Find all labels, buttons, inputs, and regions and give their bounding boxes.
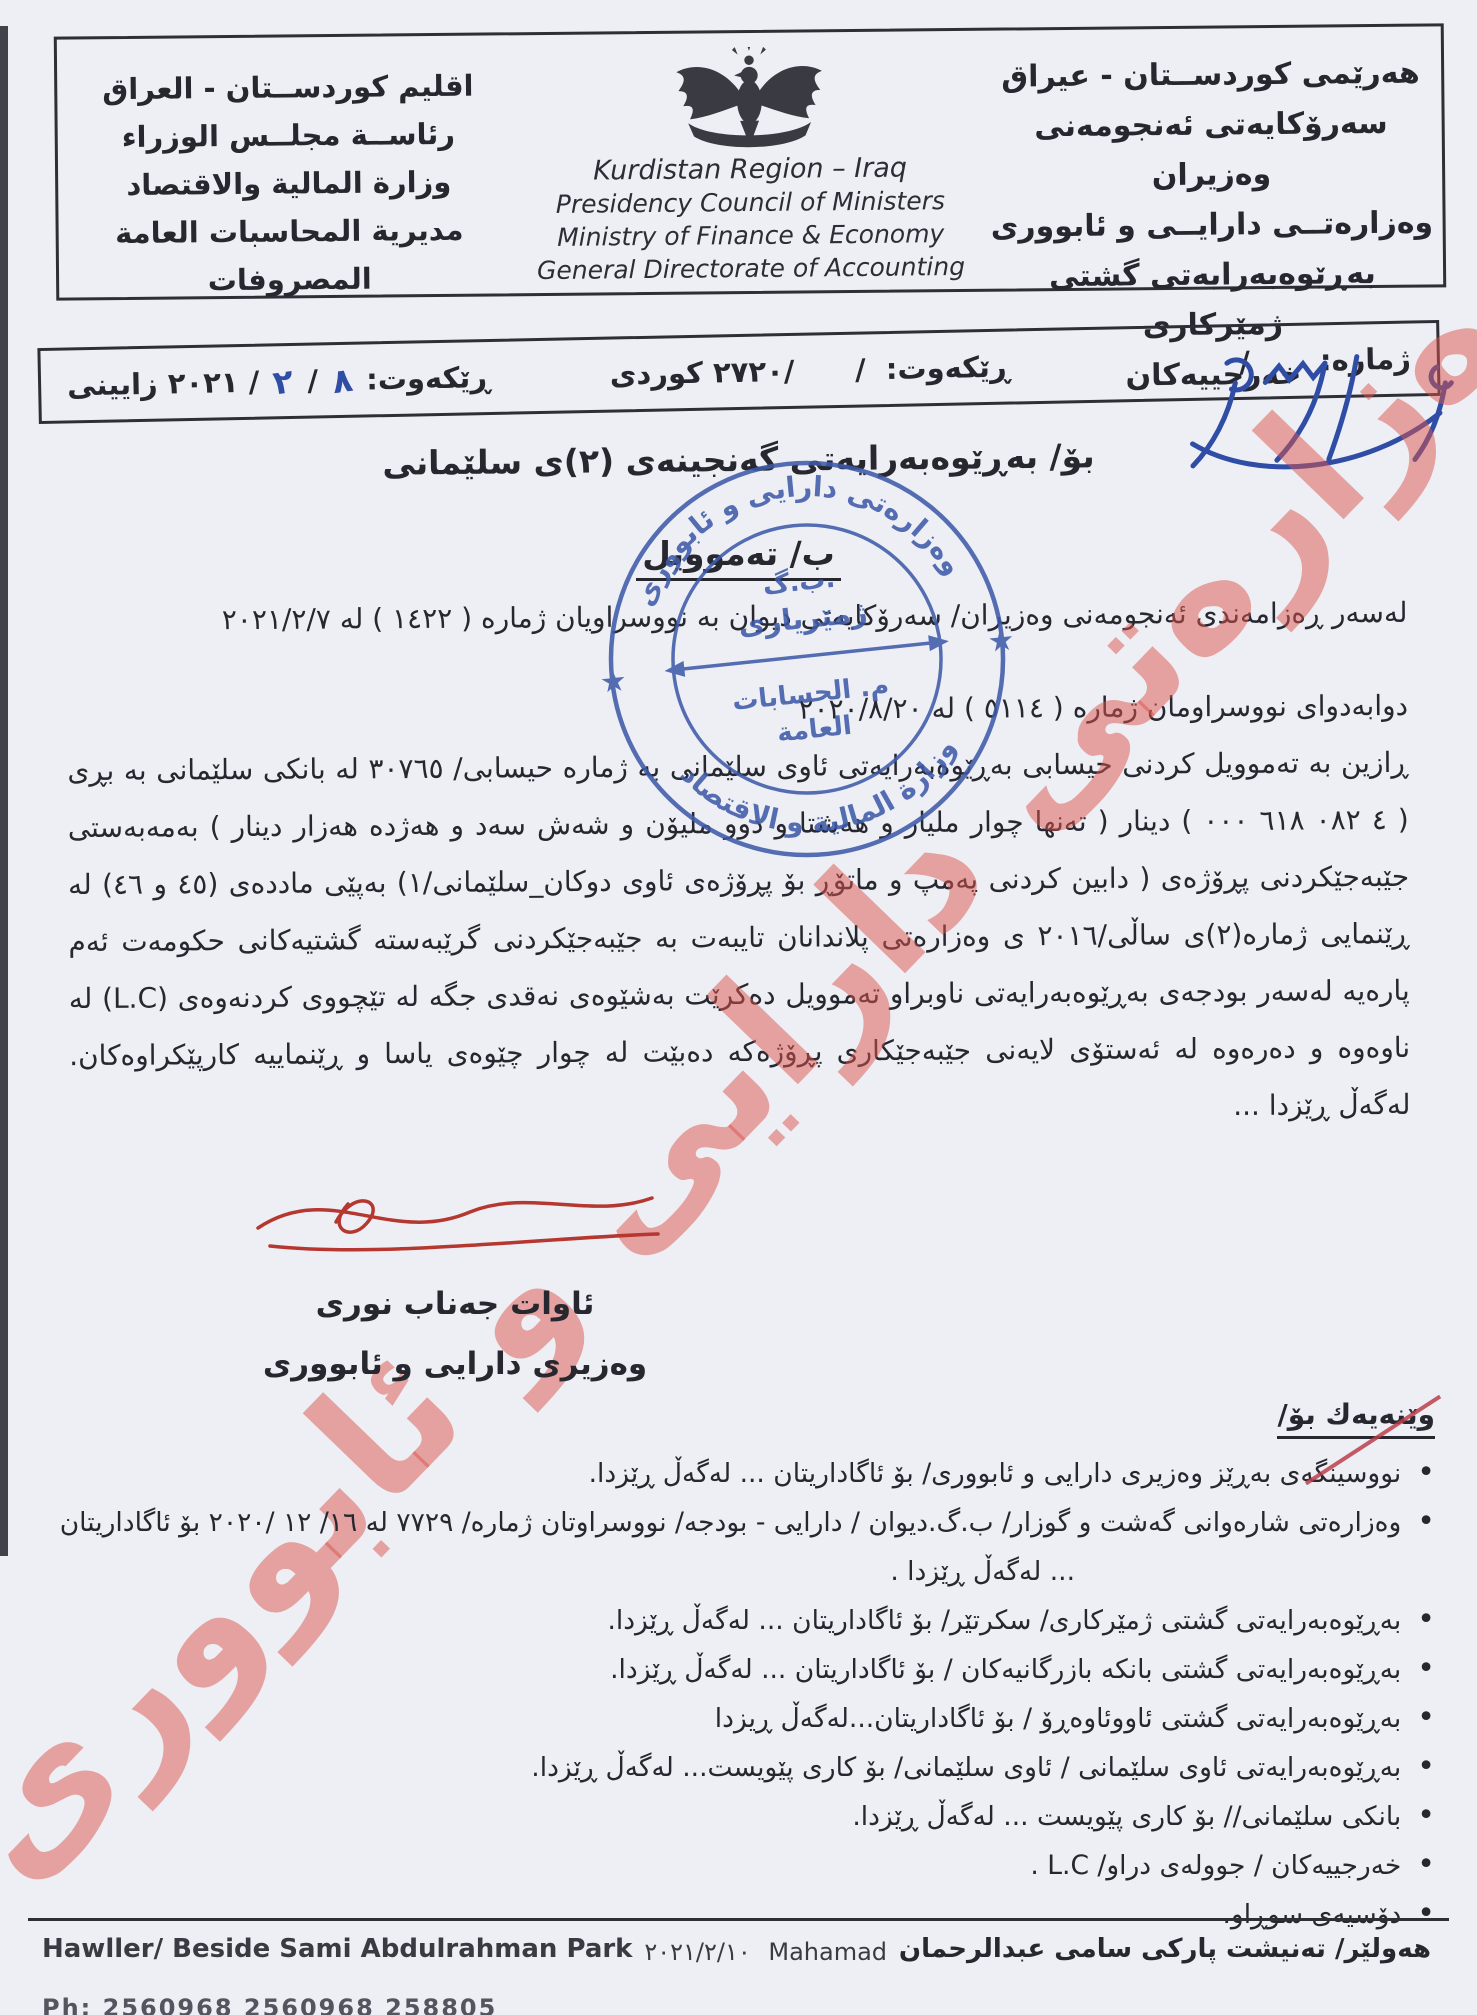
letterhead-arabic-line: المصروفات [59, 253, 521, 305]
signature-block: ئاوات جەناب نوری وەزیری دارایی و ئابووری [150, 1150, 760, 1382]
cc-header: وێنەیەك بۆ/ [1277, 1398, 1435, 1431]
letter-body: لەسەر ڕەزامەندی ئەنجومەنی وەزیران/ سەرۆک… [66, 584, 1410, 1141]
letterhead-kurdish-line: سەرۆکایەتی ئەنجومەنی وەزیران [980, 98, 1442, 202]
handwritten-month: ٢ [271, 360, 296, 401]
letterhead-english-line: Presidency Council of Ministers [556, 184, 945, 221]
footer: Hawller/ Beside Sami Abdulrahman Park Ph… [42, 1934, 1431, 2015]
footer-center: ٢٠٢١/٢/١٠ Mahamad [644, 1934, 887, 1966]
letterhead-arabic-line: مديرية المحاسبات العامة [58, 205, 520, 257]
cc-item: خەرجییەکان / جوولەی دراو/ L.C . [55, 1845, 1435, 1886]
footer-phone-clipped: Ph: 2560968 2560968 258805 [42, 1994, 632, 2015]
letterhead-english-line: Ministry of Finance & Economy [557, 217, 944, 254]
scan-edge-artifact [0, 26, 8, 1556]
kurdish-date-label: ڕێکەوت: [885, 350, 1010, 386]
letterhead-arabic-line: وزارة المالية والاقتصاد [58, 157, 520, 209]
cc-item: نووسینگەی بەڕێز وەزیری دارایی و ئابووری/… [55, 1453, 1435, 1494]
letterhead-kurdish-line: هەرێمی کوردســتان - عیراق [980, 48, 1442, 102]
cc-item: وەزارەتی شارەوانی گەشت و گوزار/ ب.گ.دیوا… [55, 1502, 1435, 1543]
kurdish-date-cell: ڕێکەوت: / /٢٧٢٠ کوردی [609, 350, 1010, 392]
kurdish-date-value: / /٢٧٢٠ کوردی [609, 352, 866, 391]
cc-item-continuation: ... لەگەڵ ڕێزدا . [55, 1551, 1435, 1592]
cc-section: وێنەیەك بۆ/ نووسینگەی بەڕێز وەزیری دارای… [55, 1398, 1435, 1943]
footer-address-english-text: Hawller/ Beside Sami Abdulrahman Park [42, 1934, 632, 1964]
cc-header-text: وێنەیەك بۆ/ [1277, 1398, 1435, 1439]
letterhead-arabic-line: رئاســة مجلــس الوزراء [58, 109, 520, 161]
subject-line: ب/ تەموویل [0, 534, 1477, 573]
kurdistan-eagle-emblem [665, 46, 834, 152]
cc-item: بەڕێوەبەرایەتی گشتی ئاووئاوەڕۆ / بۆ ئاگا… [55, 1698, 1435, 1739]
signatory-name: ئاوات جەناب نوری [150, 1286, 760, 1322]
reference-number-slot: / [1239, 345, 1250, 379]
body-paragraph: دوابەدوای نووسراومان ژمارە ( ٥١١٤ ) لە ٢… [67, 677, 1408, 742]
reference-row: ژمارە: / ڕێکەوت: / /٢٧٢٠ کوردی ڕێکەوت: ٨… [37, 320, 1440, 424]
gregorian-date-label: ڕێکەوت: [366, 360, 491, 396]
body-paragraph: لەسەر ڕەزامەندی ئەنجومەنی وەزیران/ سەرۆک… [66, 584, 1407, 649]
addressee-line: بۆ/ بەڕێوەبەرایەتی گەنجینەی (٢)ی سلێمانی [0, 432, 1477, 486]
cc-item: دۆسیەی سوڕاو. [55, 1894, 1435, 1935]
scanned-letter-page: اقليم كوردســتان - العراق رئاســة مجلــس… [0, 0, 1477, 2015]
date-slash: / [248, 365, 259, 399]
letterhead-kurdish: هەرێمی کوردســتان - عیراق سەرۆکایەتی ئەن… [980, 40, 1444, 288]
footer-operator-name: Mahamad [768, 1938, 887, 1966]
body-paragraph: ڕازین بە تەموویل کردنی حیسابی بەڕێوەبەرا… [67, 734, 1410, 1141]
footer-date: ٢٠٢١/٢/١٠ [644, 1938, 750, 1966]
handwritten-day: ٨ [329, 359, 354, 400]
cc-item: بەڕێوەبەرایەتی گشتی بانکە بازرگانیەکان /… [55, 1649, 1435, 1690]
reference-number-label: ژمارە: [1320, 342, 1412, 378]
footer-address-kurdish: هەولێر/ تەنیشت پارکی سامی عبدالرحمان [899, 1934, 1431, 1964]
signatory-title: وەزیری دارایی و ئابووری [150, 1346, 760, 1382]
letterhead-center: Kurdistan Region – Iraq Presidency Counc… [518, 45, 982, 293]
cc-item: بانکی سلێمانی// بۆ کاری پێویست ... لەگەڵ… [55, 1796, 1435, 1837]
letterhead-arabic-line: اقليم كوردســتان - العراق [57, 61, 519, 113]
letterhead-kurdish-line: وەزارەتــی دارایــی و ئابووری [981, 198, 1443, 252]
gregorian-date-value: ٢٠٢١ زایینی [67, 365, 239, 402]
cc-list: نووسینگەی بەڕێز وەزیری دارایی و ئابووری/… [55, 1453, 1435, 1935]
date-slash: / [307, 363, 318, 397]
footer-divider [28, 1918, 1449, 1921]
cc-item: بەڕێوەبەرایەتی ئاوی سلێمانی / ئاوی سلێما… [55, 1747, 1435, 1788]
letterhead-english-line: General Directorate of Accounting [537, 250, 965, 287]
reference-number-cell: ژمارە: / [1129, 342, 1411, 382]
letterhead-english-line: Kurdistan Region – Iraq [593, 151, 907, 187]
letterhead: اقليم كوردســتان - العراق رئاســة مجلــس… [54, 23, 1446, 300]
letterhead-arabic: اقليم كوردســتان - العراق رئاســة مجلــس… [57, 49, 521, 297]
minister-signature-ink [240, 1150, 670, 1280]
cc-item: بەڕێوەبەرایەتی گشتی ژمێرکاری/ سکرتێر/ بۆ… [55, 1600, 1435, 1641]
footer-address-english: Hawller/ Beside Sami Abdulrahman Park Ph… [42, 1934, 632, 2015]
subject-text: ب/ تەموویل [636, 534, 841, 581]
gregorian-date-cell: ڕێکەوت: ٨ / ٢ / ٢٠٢١ زایینی [67, 358, 491, 405]
